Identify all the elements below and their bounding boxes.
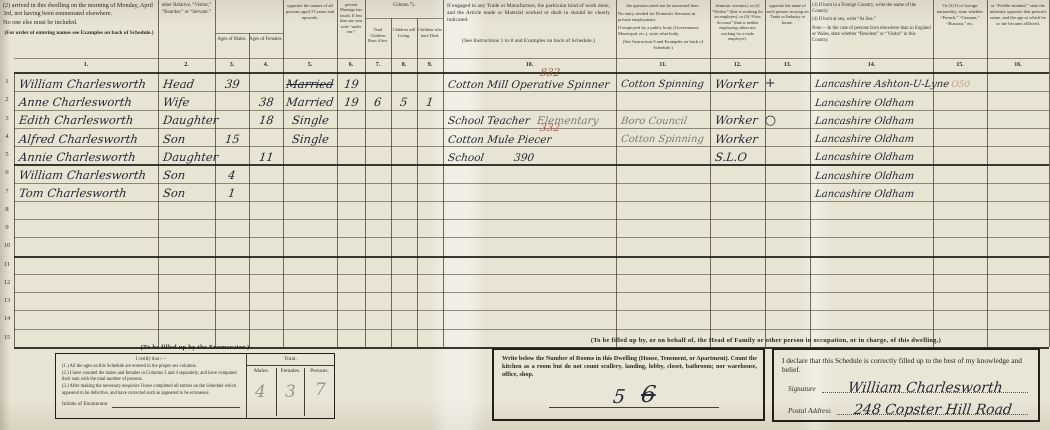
row-number: 4 [0,128,14,146]
row-number: 9 [0,219,14,237]
cell-rel: Wife [158,91,215,109]
handwritten-entry: Son [162,188,186,200]
row-number: 12 [0,274,14,292]
row-number: 5 [0,146,14,164]
row-divider [14,201,1049,202]
cell-emp: Worker [710,128,765,146]
col11-header: the question need not be answered here. … [618,3,708,53]
row-number: 1 [0,73,14,91]
handwritten-entry: + [765,77,776,90]
cell-birth: Lancashire Oldham [810,164,933,182]
intro-line-2: No one else must be included. [3,19,155,27]
cell-rel: Son [158,164,215,182]
rooms-instruction: Write below the Number of Rooms in this … [502,355,757,380]
col15-header: Or (3) If of foreign nationality, state … [935,3,985,27]
handwritten-entry: Head [162,79,194,91]
column-number: 1. [14,58,158,73]
row-divider [14,274,1049,275]
col6-header: present Marriage has lasted. If less tha… [338,2,364,35]
handwritten-entry: Tom Charlesworth [18,188,127,200]
cell-ind: Cotton Spinning [616,128,710,146]
signature-label: Signature [788,385,816,393]
column-divider [283,0,284,347]
handwritten-entry: 19 [343,79,359,91]
column-number: 8. [391,58,417,73]
initials-rule[interactable] [112,401,240,408]
intro-line-1: (2) arrived in this dwelling on the morn… [3,2,155,17]
handwritten-entry: Cotton Spinning [620,80,704,90]
handwritten-entry: Edith Charlesworth [18,115,134,127]
column-divider [710,0,711,347]
row-number: 3 [0,110,14,128]
cell-age_f: 38 [249,91,283,109]
cell-name: William Charlesworth [14,73,158,91]
col11-header-b: No entry needed for Domestic Servants in… [618,11,708,23]
handwritten-entry: Lancashire Oldham [814,172,914,182]
column-number: 5. [283,58,337,73]
col11-header-c: If employed by a public body (Government… [618,25,708,37]
col9-header: Children who have Died. [418,27,442,38]
cell-ind: Boro Council [616,110,710,128]
enumerator-certify-block: I certify that :— (1.) All the ages on t… [62,357,240,408]
col13-header: opposite the name of each person carryin… [766,3,809,26]
cell-name: Tom Charlesworth [14,183,158,201]
row-divider [14,219,1049,220]
totals-table: Total. Males. Females. Persons. 4 3 7 [246,354,334,418]
column-number: 7. [365,58,391,73]
cell-name: Anne Charlesworth [14,91,158,109]
cell-occ: Cotton Mule Piecer332 [443,128,616,146]
cell-age_m: 4 [215,164,249,182]
handwritten-entry: Worker [714,79,758,91]
column-number: 6. [337,58,365,73]
cell-age_m: 1 [215,183,249,201]
header-divider [215,33,283,34]
handwritten-entry: 390 [513,153,534,164]
cell-mar: Married [283,73,337,91]
col2-header: other Relative, “Visitor,” “Boarder,” or… [159,3,214,16]
handwritten-entry: Wife [162,97,190,109]
cell-birth: Lancashire Ashton-U-Lyne [810,73,933,91]
signature-row: Signature William Charlesworth [788,378,1028,393]
enumerator-heading: (To be filled up by the Enumerator.) [55,344,335,351]
address-line[interactable]: 248 Copster Hill Road [837,400,1028,415]
row-number: 7 [0,183,14,201]
col14-header: (3) If born in a Foreign Country, write … [812,3,931,46]
column-number: 2. [158,58,215,73]
cell-age_m: 39 [215,73,249,91]
row-number: 2 [0,91,14,109]
declaration-box: I declare that this Schedule is correctl… [772,348,1040,422]
cell-occ: School390 [443,146,616,164]
total-label: Total. [247,356,334,362]
column-number: 13. [765,58,810,73]
cell-rel: Daughter [158,110,215,128]
cell-name: Edith Charlesworth [14,110,158,128]
handwritten-entry: 39 [224,79,240,91]
row-number: 13 [0,292,14,310]
column-number: 11. [616,58,710,73]
handwritten-entry: Married [286,97,335,109]
col7-header: Total Children Born Alive. [366,27,390,44]
cell-emp: S.L.O [710,146,765,164]
column-number: 3. [215,58,249,73]
handwritten-entry: Annie Charlesworth [18,152,136,164]
row-number: 10 [0,237,14,255]
cell-ind: Cotton Spinning [616,73,710,91]
col10-header-main: If engaged in any Trade or Manufacture, … [447,3,610,24]
enumerator-box: I certify that :— (1.) All the ages on t… [55,353,335,419]
males-label: Males. [247,368,276,374]
address-label: Postal Address [788,407,831,415]
handwritten-entry: School Teacher [447,116,530,127]
cell-name: Alfred Charlesworth [14,128,158,146]
signature-value: William Charlesworth [847,381,1003,395]
handwritten-entry: Cotton Mill Operative Spinner [447,80,610,91]
cell-emp: Worker○ [710,110,765,128]
handwritten-entry: School [447,153,484,164]
handwritten-entry: ○ [765,114,776,127]
column-divider [933,0,934,347]
handwritten-entry: Daughter [162,115,219,127]
handwritten-entry: 11 [258,152,274,164]
cell-born: 6 [365,91,391,109]
cell-liv: 5 [391,91,417,109]
column-divider [337,0,338,347]
handwritten-entry: Lancashire Oldham [814,117,914,127]
certify-item-2: (2.) I have counted the males and female… [62,371,240,383]
col11-header-a: the question need not be answered here. [618,3,708,9]
handwritten-entry: 5 [400,97,409,109]
cell-name: Annie Charlesworth [14,146,158,164]
rooms-value-struck: 6 [639,384,656,407]
column-divider [616,0,617,347]
cell-mar: Single [283,110,337,128]
handwritten-entry: 6 [374,97,383,109]
handwritten-entry: Worker [714,134,758,146]
col3-header: Ages of Males. [215,37,249,43]
column-divider [249,33,250,347]
cell-occ: Cotton Mill Operative Spinner832 [443,73,616,91]
column-number: 12. [710,58,765,73]
row-divider [14,329,1049,330]
handwritten-entry: Cotton Spinning [620,135,704,145]
row-divider [14,310,1049,311]
cell-occ: School TeacherElementary [443,110,616,128]
cell-age_f: 11 [249,146,283,164]
cell-birth: Lancashire Oldham [810,146,933,164]
handwritten-entry: Lancashire Oldham [814,135,914,145]
col14-header-a: (3) If born in a Foreign Country, write … [812,3,931,15]
header-divider [365,18,443,19]
certify-item-1: (1.) All the ages on this Schedule are e… [62,364,240,370]
cell-rel: Son [158,128,215,146]
handwritten-entry: Lancashire Oldham [814,153,914,163]
cell-birth: Lancashire Oldham [810,91,933,109]
cell-age_m: 15 [215,128,249,146]
row-divider [14,237,1049,238]
handwritten-entry: 19 [343,97,359,109]
col14-header-c: Note.—In the case of persons born elsewh… [812,26,931,45]
handwritten-entry: Cotton Mule Piecer [447,135,552,146]
declaration-text: I declare that this Schedule is correctl… [782,356,1034,374]
handwritten-entry: Son [162,134,186,146]
initials-label: Initials of Enumerator [62,401,108,408]
handwritten-entry: Worker [714,115,758,127]
handwritten-entry: 38 [258,97,274,109]
head-section-heading: (To be filled up by, or on behalf of, th… [490,337,1042,344]
row-number: 8 [0,201,14,219]
column-divider [765,0,766,347]
col12-header: domestic servants), or (2) “Worker” (tha… [712,3,763,42]
col5-header: opposite the names of all persons aged 1… [285,3,335,21]
handwritten-entry: Single [291,134,329,146]
column-divider [365,0,366,347]
handwritten-entry: Anne Charlesworth [18,97,132,109]
cell-birth: Lancashire Oldham [810,110,933,128]
col7-group-header: Column 7). [365,3,443,9]
row-number: 14 [0,310,14,328]
persons-label: Persons. [305,368,334,374]
row-number: 11 [0,256,14,274]
handwritten-entry: Lancashire Oldham [814,99,914,109]
cell-rel: Daughter [158,146,215,164]
persons-total-value[interactable]: 7 [315,380,326,400]
col16-header: or “Feeble-minded,” state the infirmity … [989,3,1047,27]
handwritten-entry: Son [162,170,186,182]
cell-rel: Son [158,183,215,201]
handwritten-entry: 1 [426,97,435,109]
females-total-value[interactable]: 3 [285,382,296,402]
rooms-value: 5 [611,388,625,407]
handwritten-entry: Daughter [162,152,219,164]
cell-mar: Single [283,128,337,146]
col4-header: Ages of Females. [249,37,283,43]
column-divider [443,0,444,347]
column-number: 9. [417,58,443,73]
column-number: 10. [443,58,616,73]
column-number: 16. [987,58,1049,73]
handwritten-entry: 332 [539,123,560,134]
row-divider [14,292,1049,293]
handwritten-entry: Boro Council [620,117,687,127]
handwritten-entry: 18 [258,115,274,127]
cell-yrs: 19 [337,73,365,91]
cell-rel: Head [158,73,215,91]
column-number: 14. [810,58,933,73]
col8-header: Children still Living. [392,27,416,38]
handwritten-entry: 832 [539,68,560,79]
cell-emp: Worker+ [710,73,765,91]
cell-birth: Lancashire Oldham [810,128,933,146]
column-divider [987,0,988,347]
col10-header-note: (See Instructions 1 to 8 and Examples on… [447,38,610,45]
cell-age_f: 18 [249,110,283,128]
cell-yrs: 19 [337,91,365,109]
handwritten-entry: 1 [228,188,237,200]
cell-name: William Charlesworth [14,164,158,182]
handwritten-entry: Alfred Charlesworth [18,134,138,146]
handwritten-entry: Married [286,79,335,91]
census-schedule-sheet: (2) arrived in this dwelling on the morn… [0,0,1050,430]
col11-header-d: (See Instruction 9 and Examples on back … [618,39,708,51]
handwritten-entry: Lancashire Ashton-U-Lyne [814,80,949,90]
row-divider [14,256,1049,258]
row-number: 6 [0,164,14,182]
intro-line-3: (For order of entering names see Example… [3,30,155,37]
cell-birth: Lancashire Oldham [810,183,933,201]
column-number: 15. [933,58,987,73]
schedule-intro-block: (2) arrived in this dwelling on the morn… [3,2,155,36]
cell-died: 1 [417,91,443,109]
handwritten-entry: O50 [950,81,970,90]
col14-header-b: (4) If born at sea, write “At Sea.” [812,17,931,23]
certify-intro: I certify that :— [62,357,240,363]
handwritten-entry: 15 [224,134,240,146]
column-number: 4. [249,58,283,73]
cell-mar: Married [283,91,337,109]
handwritten-entry: Single [291,115,329,127]
handwritten-entry: S.L.O [714,152,747,164]
males-total-value[interactable]: 4 [255,382,266,402]
handwritten-entry: Lancashire Oldham [814,190,914,200]
row-number: 15 [0,329,14,347]
handwritten-entry: William Charlesworth [18,170,146,182]
handwritten-entry: William Charlesworth [18,79,146,91]
signature-line[interactable]: William Charlesworth [822,378,1028,393]
certify-item-3: (3.) After making the necessary enquirie… [62,384,240,396]
handwritten-entry: 4 [228,170,237,182]
address-value: 248 Copster Hill Road [853,403,1013,417]
cell-nat: O50 [933,73,987,91]
address-row: Postal Address 248 Copster Hill Road [788,400,1028,415]
rooms-box: Write below the Number of Rooms in this … [492,348,765,421]
rooms-answer-line[interactable]: 5 6 [549,383,719,408]
